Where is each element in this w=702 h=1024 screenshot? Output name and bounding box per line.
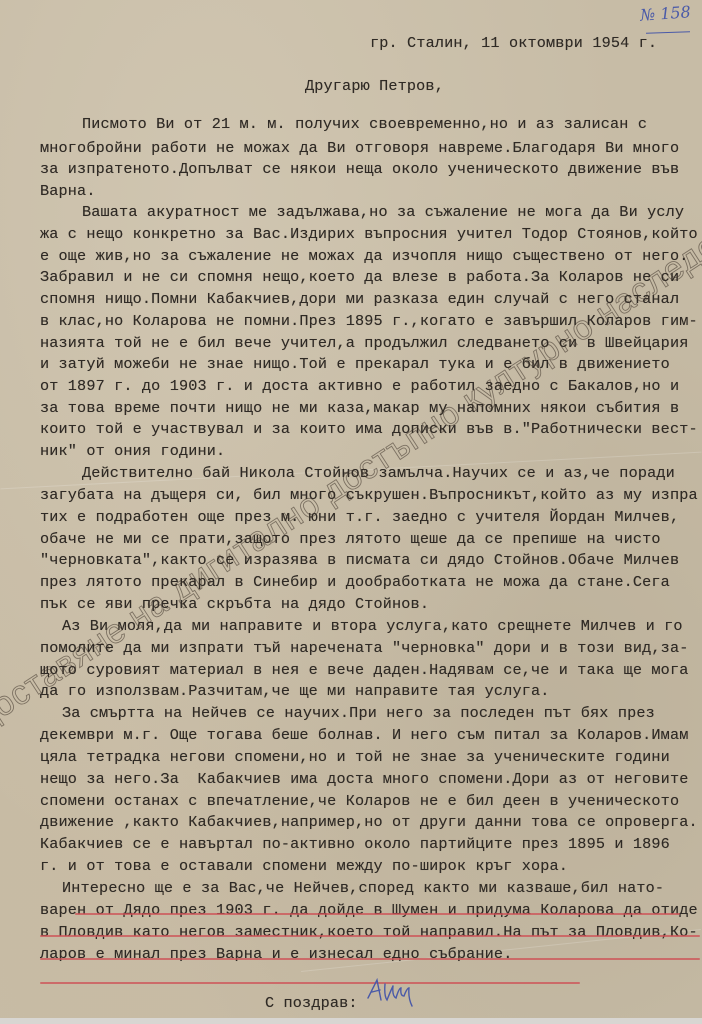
letter-line: ник" от ония години. — [40, 443, 225, 459]
handwritten-document-number: № 158 — [639, 2, 691, 24]
letter-page: № 158 гр. Сталин, 11 октомври 1954 г. Др… — [0, 0, 702, 1018]
red-underline — [40, 958, 700, 960]
letter-line: Интересно ще е за Вас,че Нейчев,според к… — [62, 880, 664, 896]
letter-line: да го използвам.Разчитам,че ще ми направ… — [40, 683, 550, 699]
letter-line: Забравил и не си спомня нещо,което да вл… — [40, 269, 679, 285]
letter-line: движение ,както Кабакчиев,например,но от… — [40, 814, 698, 830]
letter-line: помолите да ми изпрати тъй наречената "ч… — [40, 640, 688, 656]
place-date: гр. Сталин, 11 октомври 1954 г. — [370, 35, 657, 51]
letter-line: Варна. — [40, 183, 96, 199]
letter-line: цяла тетрадка негови спомени,но и той не… — [40, 749, 670, 765]
letter-line: за това време почти нищо не ми каза,мака… — [40, 400, 679, 416]
letter-line: декември м.г. Още тогава беше болнав. И … — [40, 727, 688, 743]
letter-line: обаче не ми се прати,защото през лятото … — [40, 531, 661, 547]
letter-line: които той е участвувал и за които има до… — [40, 421, 698, 437]
letter-line: г. и от това е оставали спомени между по… — [40, 858, 568, 874]
signature-icon — [365, 976, 425, 1010]
letter-line: за изпратеното.Допълват се някои неща ок… — [40, 161, 679, 177]
letter-line: щото суровият материал в нея е вече даде… — [40, 662, 688, 678]
letter-line: За смъртта на Нейчев се научих.При него … — [62, 705, 655, 721]
letter-line: Вашата акуратност ме задължава,но за съж… — [82, 204, 684, 220]
letter-line: и затуй можеби не знае нищо.Той е прекар… — [40, 356, 670, 372]
letter-line: тих е подработен още през м. юни т.г. за… — [40, 509, 679, 525]
letter-line: "черновката",както се изразява в писмата… — [40, 552, 679, 568]
letter-line: в Пловдив като негов заместник,което той… — [40, 924, 698, 940]
red-underline — [40, 935, 700, 937]
letter-line: варен от Дядо през 1903 г. да дойде в Шу… — [40, 902, 698, 918]
red-underline — [40, 982, 580, 984]
letter-line: многобройни работи не можах да Ви отгово… — [40, 140, 679, 156]
letter-line: от 1897 г. до 1903 г. и доста активно е … — [40, 378, 679, 394]
letter-line: Кабакчиев се е навъртал по-активно около… — [40, 836, 670, 852]
closing: С поздрав: — [265, 995, 358, 1011]
letter-line: пък се яви пречка скръбта на дядо Стойно… — [40, 596, 429, 612]
letter-line: през лятото прекарал в Синебир и дообраб… — [40, 574, 670, 590]
letter-line: е още жив,но за съжаление не можах да из… — [40, 248, 688, 264]
letter-line: Писмото Ви от 21 м. м. получих своевреме… — [82, 116, 647, 132]
letter-line: спомени останах с впечатление,че Коларов… — [40, 793, 679, 809]
salutation: Другарю Петров, — [305, 78, 444, 94]
letter-line: нещо за него.За Кабакчиев има доста мног… — [40, 771, 688, 787]
red-underline — [75, 913, 680, 915]
scan-bottom-edge — [0, 1018, 702, 1024]
letter-line: жа с нещо конкретно за Вас.Издирих въпро… — [40, 226, 698, 242]
